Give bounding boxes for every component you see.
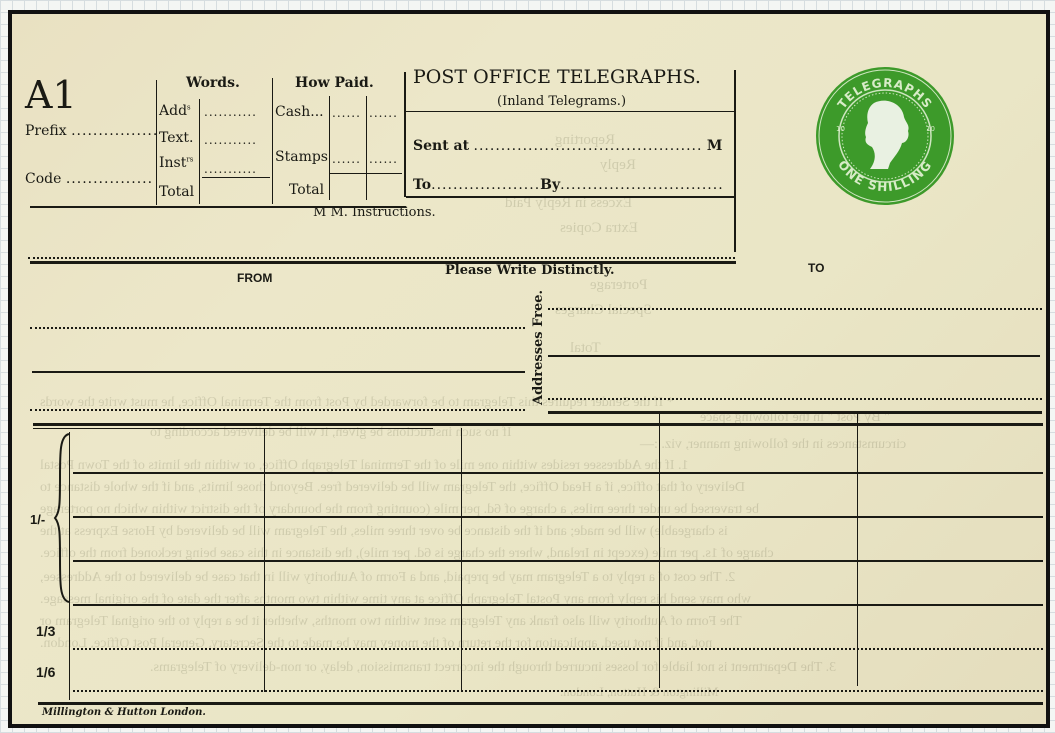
one-shilling-embossed-stamp: TELEGRAPHS ONE SHILLING 10 10 xyxy=(814,65,956,207)
message-line-5[interactable] xyxy=(73,648,1043,650)
code-label: Code xyxy=(25,171,61,187)
rate-label-1s6d: 1/6 xyxy=(36,665,55,679)
ghost-label: Reply xyxy=(600,157,636,174)
sent-at-field[interactable]: Sent at ................................… xyxy=(413,139,722,153)
words-row-label: Text. xyxy=(159,131,194,145)
form-title: POST OFFICE TELEGRAPHS. xyxy=(413,68,701,87)
sent-at-suffix: M xyxy=(707,138,723,154)
prefix-dots: ................ xyxy=(71,123,158,139)
message-line-4[interactable] xyxy=(73,604,1043,606)
title-rule xyxy=(406,111,734,112)
message-grid-top-rule-inner xyxy=(33,428,433,429)
code-field[interactable]: Code ................ xyxy=(25,172,153,186)
by-dots: .............................. xyxy=(560,177,724,193)
by-label: By xyxy=(540,177,560,193)
total-rule xyxy=(202,177,270,178)
grid-column-line xyxy=(857,414,858,686)
form-subtitle: (Inland Telegrams.) xyxy=(497,95,626,108)
sent-at-label: Sent at xyxy=(413,138,469,154)
divider xyxy=(734,70,736,252)
stamps-pence-field[interactable]: ...... xyxy=(369,153,398,165)
to-label: To xyxy=(413,177,431,193)
mm-instructions-dotted-line xyxy=(28,257,735,259)
divider xyxy=(329,96,330,200)
ghost-paragraph: is chargeable) will be made; and if the … xyxy=(40,524,728,540)
to-by-field[interactable]: To....................By................… xyxy=(413,178,724,192)
message-line-6[interactable] xyxy=(73,690,1043,692)
printer-imprint: Millington & Hutton London. xyxy=(42,708,206,718)
rate-label-1s: 1/- xyxy=(30,513,45,526)
title-block-bottom-rule xyxy=(406,196,735,198)
stamps-shillings-field[interactable]: ...... xyxy=(332,153,361,165)
prefix-label: Prefix xyxy=(25,123,67,139)
words-address-field[interactable]: ........... xyxy=(204,106,257,118)
prefix-field[interactable]: Prefix ................ xyxy=(25,124,158,138)
sent-at-dots: ........................................… xyxy=(474,138,703,154)
stamps-label: Stamps xyxy=(275,150,328,164)
mm-instructions-field[interactable] xyxy=(28,230,733,254)
ghost-paragraph: 2. The cost of a reply to a Telegram may… xyxy=(40,570,735,586)
form-code-mark: A1 xyxy=(25,76,77,114)
to-address-line-1[interactable] xyxy=(548,308,1042,310)
paid-total-label: Total xyxy=(289,183,324,197)
how-paid-heading: How Paid. xyxy=(295,76,374,90)
from-address-line-2[interactable] xyxy=(32,371,525,373)
message-line-2[interactable] xyxy=(73,516,1043,518)
cash-pence-field[interactable]: ...... xyxy=(369,107,398,119)
mm-instructions-label: M M. Instructions. xyxy=(313,206,436,219)
cash-shillings-field[interactable]: ...... xyxy=(332,107,361,119)
to-address-line-2[interactable] xyxy=(548,355,1040,357)
to-dots: .................... xyxy=(431,177,540,193)
ghost-label: Special Charges xyxy=(555,302,652,319)
addresses-free-label: Addresses Free. xyxy=(531,290,546,405)
ghost-paragraph: circumstances in the following manner, v… xyxy=(640,437,906,453)
divider xyxy=(156,80,157,205)
to-heading: TO xyxy=(808,262,824,274)
svg-text:10: 10 xyxy=(836,125,845,133)
message-line-3[interactable] xyxy=(73,560,1043,562)
from-heading: FROM xyxy=(237,272,272,284)
ghost-imprint: Millington & Hutton, London. xyxy=(560,684,719,700)
form-bottom-rule xyxy=(38,702,1043,705)
cash-label: Cash... xyxy=(275,105,324,119)
ghost-label: Porterage xyxy=(590,277,647,294)
from-address-line-1[interactable] xyxy=(30,327,525,329)
divider xyxy=(199,99,200,204)
from-address-line-3[interactable] xyxy=(30,409,525,411)
please-write-distinctly: Please Write Distinctly. xyxy=(445,264,615,277)
mm-instructions-rule xyxy=(30,261,736,264)
words-row-label: Total xyxy=(159,185,194,199)
brace-icon xyxy=(52,432,72,604)
words-heading: Words. xyxy=(186,76,240,90)
svg-text:10: 10 xyxy=(926,125,935,133)
message-line-1[interactable] xyxy=(73,472,1043,474)
code-dots: ................ xyxy=(66,171,153,187)
words-text-field[interactable]: ........... xyxy=(204,134,257,146)
to-address-line-3[interactable] xyxy=(548,398,1042,400)
ghost-paragraph: Delivery of that office, if a Head Offic… xyxy=(40,480,745,496)
ghost-paragraph: The Form of Authority will also frank an… xyxy=(40,614,742,630)
words-row-label: Instrs xyxy=(159,156,193,170)
grid-column-line xyxy=(659,414,660,688)
address-section-rule xyxy=(548,411,1042,414)
message-grid-top-rule xyxy=(33,423,1043,426)
words-instructions-field[interactable]: ........... xyxy=(204,163,257,175)
total-rule xyxy=(330,173,402,174)
divider xyxy=(366,96,367,200)
ghost-paragraph: 3. The Department is not liable for loss… xyxy=(150,660,836,676)
divider xyxy=(272,78,273,204)
words-row-label: Adds xyxy=(159,104,191,118)
rate-label-1s3d: 1/3 xyxy=(36,624,55,638)
divider xyxy=(404,72,406,197)
